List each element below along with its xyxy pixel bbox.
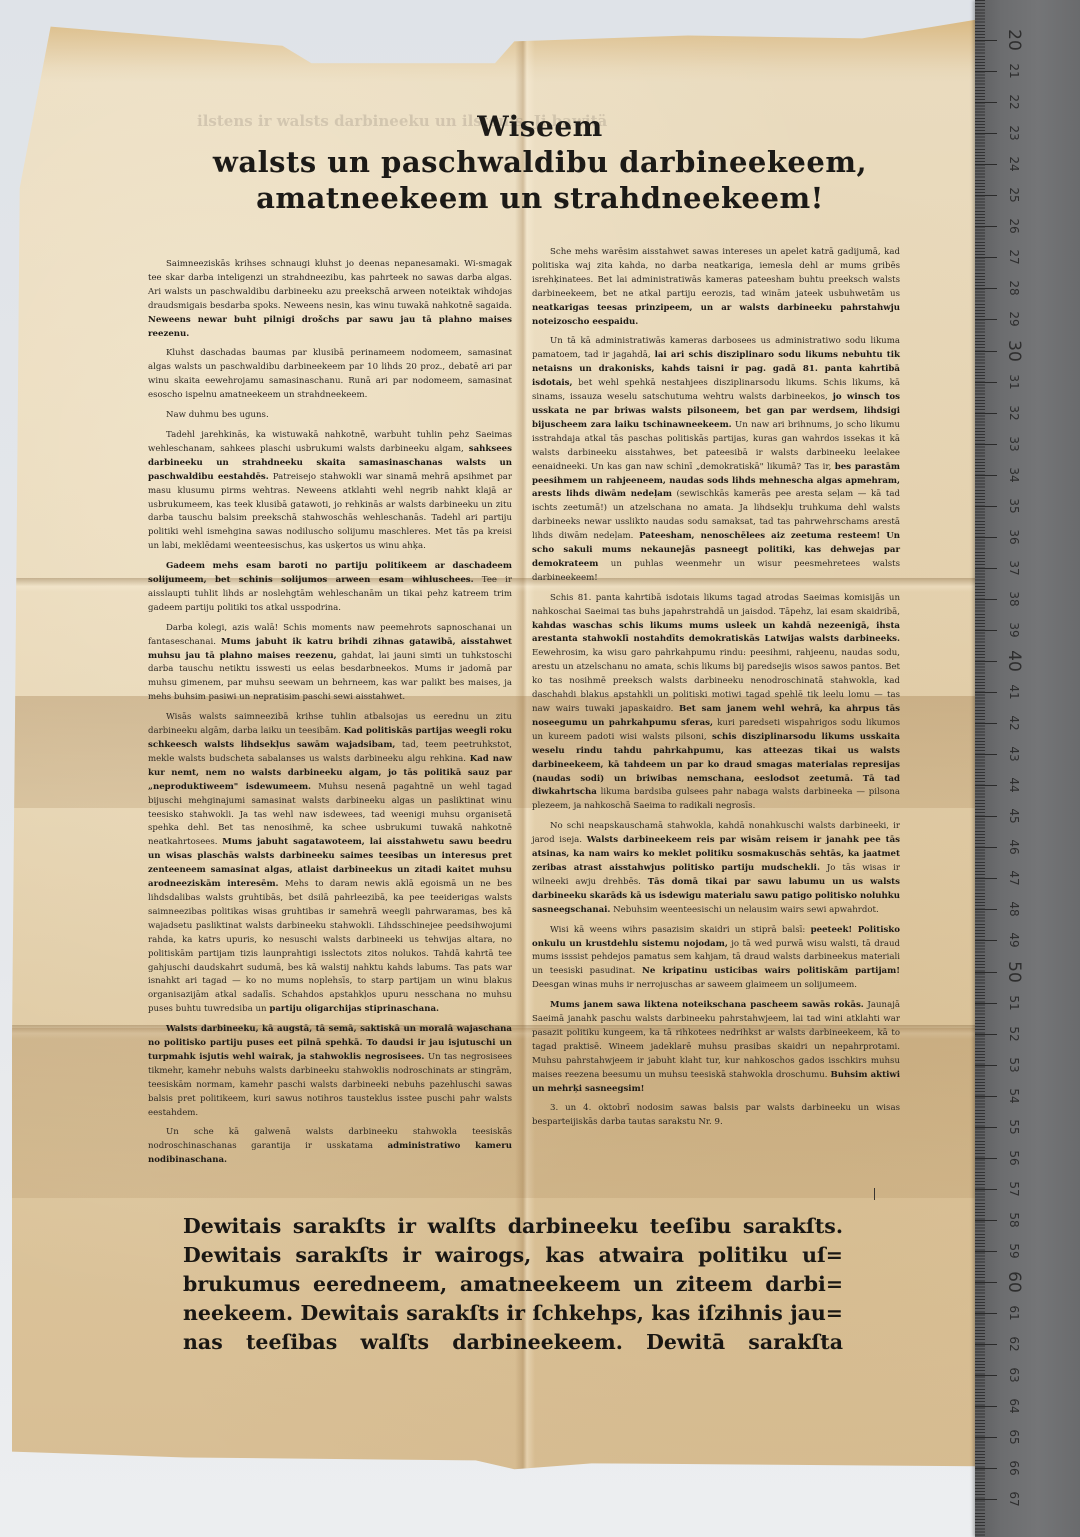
ruler-number: 43 [1008,739,1020,769]
body-text: Kluhst daschadas baumas par klusibā peri… [148,348,512,400]
ruler-cm-tick [975,413,997,414]
ruler-cm-tick [975,40,997,41]
body-text: 3. un 4. oktobrī nodosim sawas balsis pa… [532,1103,900,1127]
ruler-cm-tick [975,1127,997,1128]
paragraph: Sche mehs warēsim aisstahwet sawas inter… [532,246,900,329]
ruler-number: 23 [1008,118,1020,148]
right-text-column: Sche mehs warēsim aisstahwet sawas inter… [532,246,900,1136]
emphasized-text: Neweens newar buht pilnigi drošchs par s… [148,315,512,339]
ruler-number: 40 [1008,646,1020,676]
ruler-number: 34 [1008,460,1020,490]
slogan-line: brukumus eerednееm, amatneekeem un zitee… [183,1270,843,1299]
ruler-cm-tick [975,630,997,631]
body-text: Schis 81. panta kahrtibā isdotais likums… [532,593,900,617]
body-text: Deesgan winas muhs ir nerrojuschas ar sa… [532,980,857,990]
slogan-line: Dewitais sarakſts ir walſts darbineeku t… [183,1212,843,1241]
paragraph: Darba kolegi, azis walā! Schis moments n… [148,622,512,705]
body-text: Jaunajā Saeimā janahk paschu walsts darb… [532,1000,900,1080]
ruler-number: 63 [1008,1360,1020,1390]
ruler-number: 59 [1008,1236,1020,1266]
ruler-cm-tick [975,288,997,289]
ruler-number: 38 [1008,584,1020,614]
ruler-cm-tick [975,847,997,848]
headline-line-1: Wiseem [180,110,900,144]
ruler-number: 56 [1008,1143,1020,1173]
ruler-number: 47 [1008,863,1020,893]
ruler-number: 42 [1008,708,1020,738]
paragraph: Schis 81. panta kahrtibā isdotais likums… [532,592,900,815]
ruler-cm-tick [975,1034,997,1035]
ruler-cm-tick [975,1251,997,1252]
ruler-number: 57 [1008,1174,1020,1204]
ruler-number: 26 [1008,211,1020,241]
ruler-cm-tick [975,1437,997,1438]
ruler-number: 24 [1008,149,1020,179]
emphasized-text: neatkarigas teesas prinzipeem, un ar wal… [532,303,900,327]
body-text: Tadehl jarehkinās, ka wistuwakā nahkotnē… [148,430,512,454]
ruler-cm-tick [975,1065,997,1066]
ruler-number: 32 [1008,398,1020,428]
closing-slogan-block: Dewitais sarakſts ir walſts darbineeku t… [183,1212,843,1357]
ruler-number: 64 [1008,1391,1020,1421]
ruler-number: 25 [1008,180,1020,210]
ruler-cm-tick [975,1344,997,1345]
paragraph: Gadeem mehs esam baroti no partiju polit… [148,560,512,616]
column-end-mark [874,1188,875,1200]
slogan-line: nas teeſibas walſts darbineekeem. Dewitā… [183,1328,843,1357]
ruler-number: 28 [1008,273,1020,303]
paragraph: Mums janem sawa liktena noteikschana pas… [532,999,900,1096]
ruler-cm-tick [975,1003,997,1004]
emphasized-text: Mums janem sawa liktena noteikschana pas… [550,1000,864,1010]
headline-line-3: amatneekeem un strahdneekeem! [180,180,900,216]
ruler-cm-tick [975,692,997,693]
body-text: Patreisejo stahwokli war sinamā mehrā ap… [148,472,512,552]
ruler-cm-tick [975,785,997,786]
ruler-cm-tick [975,257,997,258]
ruler-cm-tick [975,1375,997,1376]
slogan-line: neekeem. Dewitais sarakſts ir ſchkehps, … [183,1299,843,1328]
ruler-cm-tick [975,226,997,227]
body-text: Nebuhsim weenteesischi un nelausim wairs… [610,905,878,915]
paragraph: 3. un 4. oktobrī nodosim sawas balsis pa… [532,1102,900,1130]
ruler-number: 67 [1008,1484,1020,1514]
ruler-cm-tick [975,909,997,910]
body-text: Saimneeziskās krihses schnaugi kluhst jo… [148,259,512,311]
ruler-number: 52 [1008,1019,1020,1049]
emphasized-text: Gadeem mehs esam baroti no partiju polit… [148,561,512,585]
ruler-number: 49 [1008,925,1020,955]
ruler-number: 61 [1008,1298,1020,1328]
ruler-cm-tick [975,1468,997,1469]
emphasized-text: Ne kripatinu usticibas wairs politiskām … [642,966,900,976]
body-text: Wisi kā weens wihrs pasazisim skaidri un… [550,925,811,935]
ruler-cm-tick [975,102,997,103]
paragraph: Un tā kā administratiwās kameras darbose… [532,335,900,585]
paragraph: Naw duhmu bes uguns. [148,409,512,423]
ruler-cm-tick [975,475,997,476]
body-text: Mehs to daram newis aklā egoismā un ne b… [148,879,512,1014]
paragraph: Wisi kā weens wihrs pasazisim skaidri un… [532,924,900,994]
ruler-cm-tick [975,506,997,507]
ruler-number: 54 [1008,1081,1020,1111]
ruler-number: 44 [1008,770,1020,800]
left-text-column: Saimneeziskās krihses schnaugi kluhst jo… [148,258,512,1174]
ruler-number: 45 [1008,801,1020,831]
ruler-cm-tick [975,1158,997,1159]
ruler-cm-tick [975,1406,997,1407]
paragraph: Kluhst daschadas baumas par klusibā peri… [148,347,512,403]
ruler-number: 20 [1008,25,1020,55]
ruler-cm-tick [975,1189,997,1190]
emphasized-text: partiju oligarchijas stiprinaschana. [269,1004,439,1014]
ruler-cm-tick [975,878,997,879]
ruler-number: 37 [1008,553,1020,583]
ruler-cm-tick [975,940,997,941]
ruler-cm-tick [975,382,997,383]
ruler-number: 50 [1008,957,1020,987]
slogan-line: Dewitais sarakſts ir wairogs, kas atwair… [183,1241,843,1270]
ruler-number: 55 [1008,1112,1020,1142]
ruler-cm-tick [975,1220,997,1221]
ruler-cm-tick [975,1313,997,1314]
paragraph: Wisās walsts saimneezibā krihse tuhlin a… [148,711,512,1017]
paragraph: No schi neapskauschamā stahwokla, kahdā … [532,820,900,917]
body-text: Naw duhmu bes uguns. [166,410,269,420]
ruler-cm-tick [975,351,997,352]
ruler-number: 46 [1008,832,1020,862]
ruler-number: 22 [1008,87,1020,117]
ruler-number: 21 [1008,56,1020,86]
ruler-cm-tick [975,164,997,165]
ruler-cm-tick [975,444,997,445]
ruler-number: 58 [1008,1205,1020,1235]
ruler-minor-ticks [975,0,1009,1537]
ruler-number: 30 [1008,336,1020,366]
ruler-number: 66 [1008,1453,1020,1483]
ruler-number: 36 [1008,522,1020,552]
ruler-cm-tick [975,723,997,724]
ruler-cm-tick [975,568,997,569]
measuring-ruler: 2021222324252627282930313233343536373839… [975,0,1080,1537]
ruler-cm-tick [975,661,997,662]
ruler-cm-tick [975,816,997,817]
paragraph: Un sche kā galwenā walsts darbineeku sta… [148,1126,512,1168]
ruler-number: 65 [1008,1422,1020,1452]
ruler-cm-tick [975,972,997,973]
ruler-number: 60 [1008,1267,1020,1297]
ruler-cm-tick [975,133,997,134]
ruler-number: 39 [1008,615,1020,645]
headline-line-2: walsts un paschwaldibu darbineekeem, [180,144,900,180]
ruler-number: 31 [1008,367,1020,397]
ruler-number: 41 [1008,677,1020,707]
ruler-cm-tick [975,537,997,538]
ruler-number: 62 [1008,1329,1020,1359]
ruler-number: 29 [1008,304,1020,334]
ruler-cm-tick [975,195,997,196]
paragraph: Walsts darbineeku, kā augstā, tā semā, s… [148,1023,512,1120]
body-text: Sche mehs warēsim aisstahwet sawas inter… [532,247,900,299]
ruler-cm-tick [975,1282,997,1283]
paragraph: Tadehl jarehkinās, ka wistuwakā nahkotnē… [148,429,512,554]
ruler-number: 33 [1008,429,1020,459]
ruler-number: 51 [1008,988,1020,1018]
ruler-cm-tick [975,1499,997,1500]
ruler-cm-tick [975,71,997,72]
ruler-cm-tick [975,319,997,320]
ruler-number: 27 [1008,242,1020,272]
ruler-cm-tick [975,1096,997,1097]
paragraph: Saimneeziskās krihses schnaugi kluhst jo… [148,258,512,341]
ruler-cm-tick [975,754,997,755]
ruler-cm-tick [975,599,997,600]
leaflet-headline: Wiseem walsts un paschwaldibu darbineeke… [180,110,900,216]
emphasized-text: kahdas waschas schis likums mums usleek … [532,621,900,645]
ruler-number: 35 [1008,491,1020,521]
ruler-number: 48 [1008,894,1020,924]
ruler-number: 53 [1008,1050,1020,1080]
